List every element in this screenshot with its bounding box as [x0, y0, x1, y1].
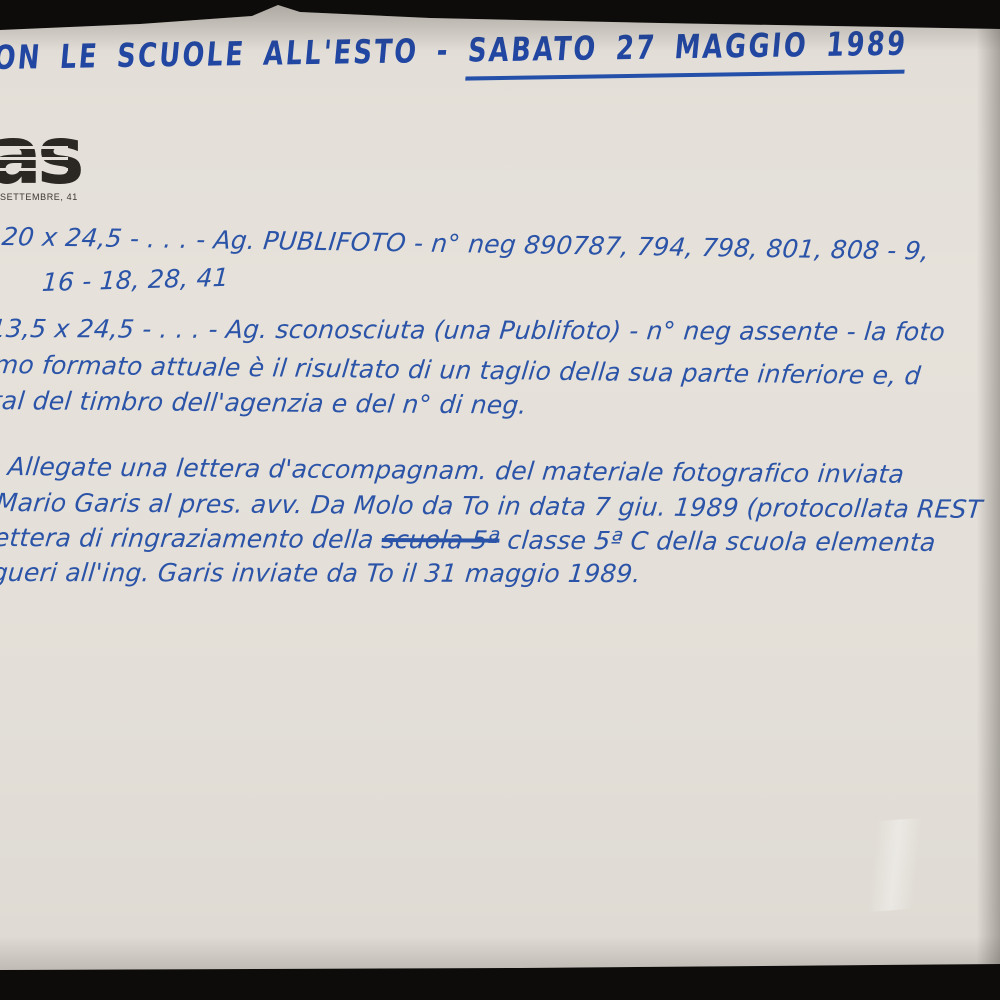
note-line-4: mo formato attuale è il risultato di un … [0, 350, 922, 390]
envelope-paper: ON LE SCUOLE ALL'ESTO - SABATO 27 MAGGIO… [0, 0, 1000, 1000]
title-text: ON LE SCUOLE ALL'ESTO - [0, 30, 470, 77]
paper-bottom-shadow [0, 932, 1000, 972]
note-line-5: tal del timbro dell'agenzia e del n° di … [0, 386, 528, 420]
note-line-8-struck-word: scuola 5ª [380, 525, 500, 555]
note-line-3: 13,5 x 24,5 - . . . - Ag. sconosciuta (u… [0, 314, 946, 346]
note-line-2: 16 - 18, 28, 41 [41, 263, 230, 297]
scan-background: ON LE SCUOLE ALL'ESTO - SABATO 27 MAGGIO… [0, 0, 1000, 1000]
note-line-9: gueri all'ing. Garis inviate da To il 31… [0, 558, 642, 588]
letterhead-logo: as [0, 116, 80, 196]
note-line-7: Mario Garis al pres. avv. Da Molo da To … [0, 488, 984, 524]
handwritten-title: ON LE SCUOLE ALL'ESTO - SABATO 27 MAGGIO… [0, 24, 909, 77]
paper-crease-highlight [787, 813, 1000, 917]
note-line-8: ettera di ringraziamento della scuola 5ª… [0, 523, 937, 557]
letterhead-address: SETTEMBRE, 41 [0, 192, 78, 202]
note-line-1: 20 x 24,5 - . . . - Ag. PUBLIFOTO - n° n… [1, 222, 931, 266]
title-underlined-date: SABATO 27 MAGGIO 1989 [465, 24, 909, 81]
note-line-8-pre: ettera di ringraziamento della [0, 523, 383, 554]
note-line-6: Allegate una lettera d'accompagnam. del … [7, 452, 906, 489]
note-line-8-post: classe 5ª C della scuola elementa [498, 526, 937, 557]
